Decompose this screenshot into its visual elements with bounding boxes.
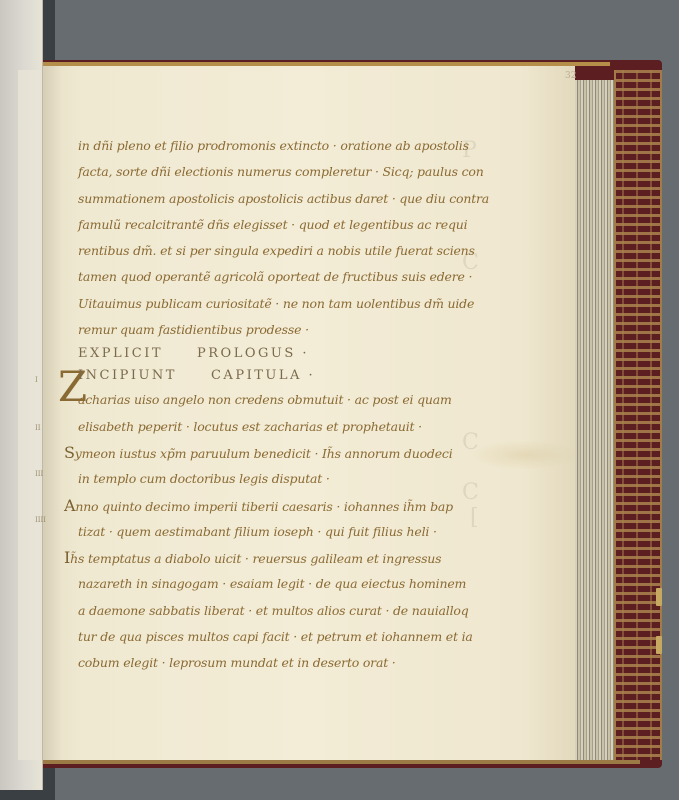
- chapter-line-first: Ih̃s temptatus a diabolo uicit · reuersu…: [64, 545, 458, 571]
- prologue-line: rentibus dm̃. et si per singula expediri…: [78, 238, 458, 264]
- incipit-heading: INCIPIUNTCAPITULA ·: [78, 365, 458, 387]
- margin-mark: III: [35, 470, 43, 478]
- previous-leaf: I II III IIII: [0, 0, 43, 790]
- chapter-1: acharias uiso angelo non credens obmutui…: [78, 387, 458, 440]
- gilt-edge-bottom: [20, 760, 640, 764]
- capitula-word: CAPITULA ·: [211, 368, 315, 383]
- chapter-initial: A: [64, 496, 75, 515]
- incipiunt-word: INCIPIUNT: [78, 368, 177, 383]
- explicit-word: EXPLICIT: [78, 346, 163, 361]
- prologue-line: summationem apostolicis apostolicis acti…: [78, 186, 458, 212]
- chapter-line-text: ymeon iustus xp̃m paruulum benedicit · I…: [75, 446, 453, 461]
- margin-mark: II: [35, 424, 41, 432]
- chapter-line: nazareth in sinagogam · esaiam legit · d…: [78, 571, 458, 597]
- previous-leaf-edge: [18, 70, 40, 760]
- prologus-word: PROLOGUS ·: [197, 346, 309, 361]
- explicit-heading: EXPLICITPROLOGUS ·: [78, 343, 458, 365]
- chapter-line-text: nno quinto decimo imperii tiberii caesar…: [75, 499, 453, 514]
- chapter-line: elisabeth peperit · locutus est zacharia…: [78, 414, 458, 440]
- page-tab-marker: [656, 636, 662, 654]
- chapter-4: Ih̃s temptatus a diabolo uicit · reuersu…: [78, 545, 458, 676]
- margin-mark: IIII: [35, 516, 46, 524]
- chapter-line: a daemone sabbatis liberat · et multos a…: [78, 598, 458, 624]
- chapter-line-first: Anno quinto decimo imperii tiberii caesa…: [64, 493, 458, 519]
- prologue-line: facta, sorte dñi electionis numerus com…: [78, 159, 458, 185]
- chapter-line-text: h̃s temptatus a diabolo uicit · reuersus…: [70, 551, 441, 566]
- chapter-line: cobum elegit · leprosum mundat et in des…: [78, 650, 458, 676]
- chapter-initial: S: [64, 443, 75, 462]
- margin-mark: I: [35, 376, 38, 384]
- gutter-shadow: [40, 66, 62, 762]
- page-tab-marker: [656, 588, 662, 606]
- prologue-line: remur quam fastidientibus prodesse ·: [78, 317, 458, 343]
- prologue-line: famulũ recalcitrantẽ dñs elegisset · …: [78, 212, 458, 238]
- chapter-3: Anno quinto decimo imperii tiberii caesa…: [78, 493, 458, 546]
- prologue-line: in dñi pleno et filio prodromonis extin…: [78, 133, 458, 159]
- chapter-line: tur de qua pisces multos capi facit · et…: [78, 624, 458, 650]
- gilt-floral-border: [614, 70, 662, 760]
- prologue-line: Uitauimus publicam curiositatẽ · ne non…: [78, 291, 458, 317]
- chapter-line: tizat · quem aestimabant filium ioseph ·…: [78, 519, 458, 545]
- prologue-line: tamen quod operantẽ agricolã oporteat …: [78, 264, 458, 290]
- chapter-line: acharias uiso angelo non credens obmutui…: [78, 387, 458, 413]
- page-fore-edge: [572, 80, 614, 762]
- chapter-2: Symeon iustus xp̃m paruulum benedicit · …: [78, 440, 458, 493]
- chapter-line-first: Symeon iustus xp̃m paruulum benedicit · …: [64, 440, 458, 466]
- parchment-stain: [470, 440, 580, 470]
- text-block: in dñi pleno et filio prodromonis extin…: [78, 133, 458, 677]
- chapter-line: in templo cum doctoribus legis disputat …: [78, 466, 458, 492]
- folio-number: 32: [565, 71, 576, 81]
